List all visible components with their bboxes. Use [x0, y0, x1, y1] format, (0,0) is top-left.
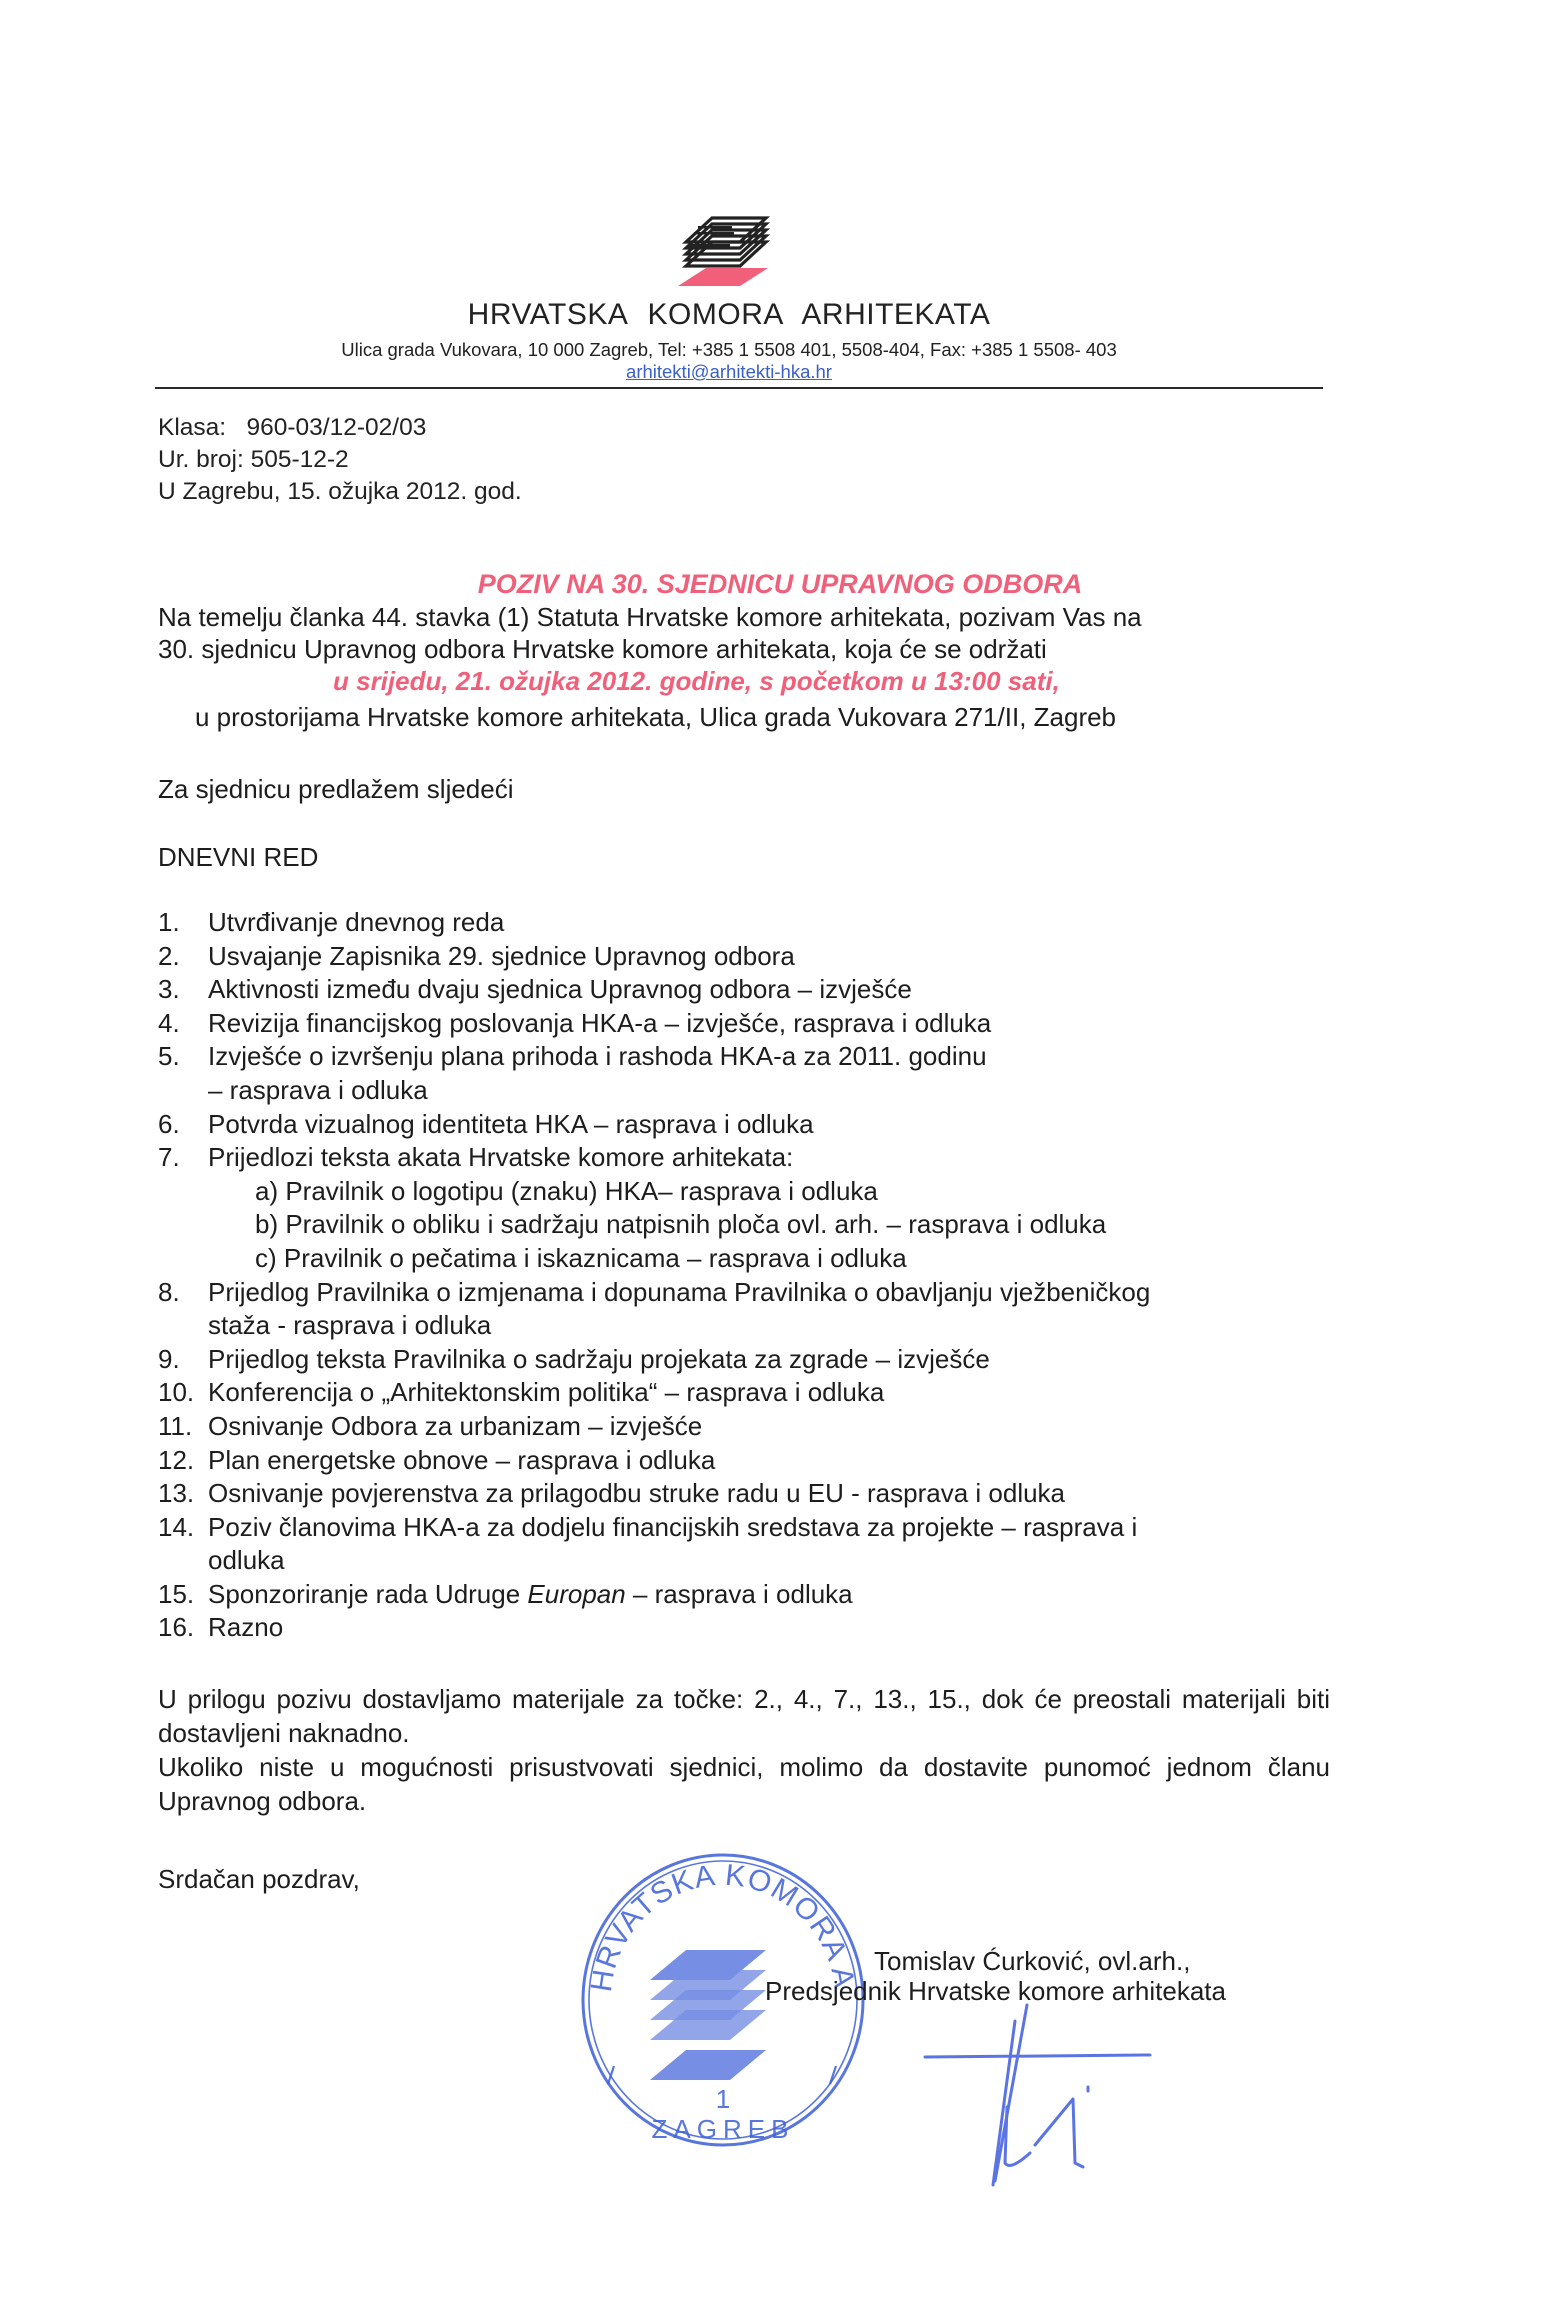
agenda-sub-item-text: c) Pravilnik o pečatima i iskaznicama – … [255, 1242, 907, 1276]
agenda-item-text: Sponzoriranje rada Udruge Europan – rasp… [208, 1578, 853, 1612]
agenda-item-text: Prijedlog teksta Pravilnika o sadržaju p… [208, 1343, 990, 1377]
agenda-item-text: Izvješće o izvršenju plana prihoda i ras… [208, 1040, 987, 1074]
agenda-item-continuation-text: – rasprava i odluka [208, 1074, 428, 1108]
agenda-item: 13.Osnivanje povjerenstva za prilagodbu … [158, 1477, 1358, 1511]
urbroj-label: Ur. broj: [158, 446, 244, 473]
urbroj-line: Ur. broj: 505-12-2 [158, 446, 349, 474]
agenda-item-continuation: – rasprava i odluka [158, 1074, 1358, 1108]
meeting-location: u prostorijama Hrvatske komore arhitekat… [195, 702, 1116, 733]
organization-address: Ulica grada Vukovara, 10 000 Zagreb, Tel… [0, 339, 1458, 361]
agenda-item-text-part: – rasprava i odluka [626, 1579, 853, 1609]
agenda-item-text: Konferencija o „Arhitektonskim politika“… [208, 1376, 884, 1410]
agenda-sub-item-text: a) Pravilnik o logotipu (znaku) HKA– ras… [255, 1175, 878, 1209]
document-title: POZIV NA 30. SJEDNICU UPRAVNOG ODBORA [0, 569, 1560, 600]
agenda-heading: DNEVNI RED [158, 842, 318, 873]
agenda-item-number: 3. [158, 973, 180, 1007]
proxy-paragraph: Ukoliko niste u mogućnosti prisustvovati… [158, 1750, 1330, 1818]
intro-line-1: Na temelju članka 44. stavka (1) Statuta… [158, 602, 1142, 633]
klasa-label: Klasa: [158, 414, 226, 441]
agenda-item-text: Prijedlozi teksta akata Hrvatske komore … [208, 1141, 793, 1175]
agenda-item-continuation-text: staža - rasprava i odluka [208, 1309, 491, 1343]
agenda-item-number: 11. [158, 1410, 192, 1444]
agenda-item-number: 10. [158, 1376, 194, 1410]
agenda-item-number: 6. [158, 1108, 180, 1142]
agenda-sub-item-text: b) Pravilnik o obliku i sadržaju natpisn… [255, 1208, 1106, 1242]
agenda-item: 5.Izvješće o izvršenju plana prihoda i r… [158, 1040, 1358, 1074]
agenda-item-number: 8. [158, 1276, 180, 1310]
agenda-item-italic-term: Europan [527, 1579, 625, 1609]
organization-email-link[interactable]: arhitekti@arhitekti-hka.hr [0, 361, 1458, 383]
agenda-item: 3.Aktivnosti između dvaju sjednica Uprav… [158, 973, 1358, 1007]
agenda-item: 1.Utvrđivanje dnevnog reda [158, 906, 1358, 940]
organization-name: HRVATSKA KOMORA ARHITEKATA [0, 298, 1458, 332]
agenda-item-text: Aktivnosti između dvaju sjednica Upravno… [208, 973, 912, 1007]
agenda-item-text: Potvrda vizualnog identiteta HKA – raspr… [208, 1108, 814, 1142]
agenda-item-text: Revizija financijskog poslovanja HKA-a –… [208, 1007, 991, 1041]
agenda-item-continuation-text: odluka [208, 1544, 285, 1578]
agenda-item-number: 4. [158, 1007, 180, 1041]
agenda-item-text: Plan energetske obnove – rasprava i odlu… [208, 1444, 715, 1478]
agenda-item: 6.Potvrda vizualnog identiteta HKA – ras… [158, 1108, 1358, 1142]
agenda-item-text: Usvajanje Zapisnika 29. sjednice Upravno… [208, 940, 795, 974]
agenda-item-text: Poziv članovima HKA-a za dodjelu financi… [208, 1511, 1137, 1545]
agenda-item-number: 13. [158, 1477, 194, 1511]
meeting-datetime: u srijedu, 21. ožujka 2012. godine, s po… [333, 666, 1060, 697]
agenda-sub-item: a) Pravilnik o logotipu (znaku) HKA– ras… [158, 1175, 1358, 1209]
agenda-item-text: Razno [208, 1611, 283, 1645]
agenda-item-text-part: Sponzoriranje rada Udruge [208, 1579, 527, 1609]
place-date: U Zagrebu, 15. ožujka 2012. god. [158, 478, 522, 506]
agenda-item-number: 14. [158, 1511, 194, 1545]
agenda-item: 9.Prijedlog teksta Pravilnika o sadržaju… [158, 1343, 1358, 1377]
agenda-item-number: 15. [158, 1578, 194, 1612]
agenda-item-number: 5. [158, 1040, 180, 1074]
agenda-item-number: 7. [158, 1141, 180, 1175]
agenda-item: 15.Sponzoriranje rada Udruge Europan – r… [158, 1578, 1358, 1612]
signer-name: Tomislav Ćurković, ovl.arh., [874, 1946, 1190, 1977]
agenda-item-number: 1. [158, 906, 180, 940]
stamp-number: 1 [716, 2084, 730, 2114]
stacked-floors-logo-icon [668, 208, 778, 292]
stamp-city: ZAGREB [652, 2114, 795, 2144]
agenda-item: 16.Razno [158, 1611, 1358, 1645]
greeting: Srdačan pozdrav, [158, 1864, 360, 1895]
intro-line-2: 30. sjednicu Upravnog odbora Hrvatske ko… [158, 634, 1047, 665]
agenda-item: 14.Poziv članovima HKA-a za dodjelu fina… [158, 1511, 1358, 1545]
agenda-item: 2.Usvajanje Zapisnika 29. sjednice Uprav… [158, 940, 1358, 974]
klasa-value: 960-03/12-02/03 [247, 414, 427, 441]
letterhead-divider [155, 387, 1323, 389]
agenda-sub-item: b) Pravilnik o obliku i sadržaju natpisn… [158, 1208, 1358, 1242]
agenda-item-number: 12. [158, 1444, 194, 1478]
agenda-item-continuation: odluka [158, 1544, 1358, 1578]
agenda-item: 10.Konferencija o „Arhitektonskim politi… [158, 1376, 1358, 1410]
agenda-item-number: 16. [158, 1611, 194, 1645]
agenda-item: 12.Plan energetske obnove – rasprava i o… [158, 1444, 1358, 1478]
proposal-line: Za sjednicu predlažem sljedeći [158, 774, 514, 805]
agenda-item-text: Utvrđivanje dnevnog reda [208, 906, 504, 940]
agenda-item: 7.Prijedlozi teksta akata Hrvatske komor… [158, 1141, 1358, 1175]
agenda-list: 1.Utvrđivanje dnevnog reda2.Usvajanje Za… [158, 906, 1358, 1645]
handwritten-signature [915, 1995, 1175, 2195]
agenda-item-text: Prijedlog Pravilnika o izmjenama i dopun… [208, 1276, 1150, 1310]
urbroj-value: 505-12-2 [251, 446, 349, 473]
agenda-item: 4.Revizija financijskog poslovanja HKA-a… [158, 1007, 1358, 1041]
agenda-item-number: 2. [158, 940, 180, 974]
attachments-paragraph: U prilogu pozivu dostavljamo materijale … [158, 1682, 1330, 1750]
agenda-item-text: Osnivanje povjerenstva za prilagodbu str… [208, 1477, 1065, 1511]
agenda-item: 8.Prijedlog Pravilnika o izmjenama i dop… [158, 1276, 1358, 1310]
agenda-sub-item: c) Pravilnik o pečatima i iskaznicama – … [158, 1242, 1358, 1276]
agenda-item: 11.Osnivanje Odbora za urbanizam – izvje… [158, 1410, 1358, 1444]
agenda-item-continuation: staža - rasprava i odluka [158, 1309, 1358, 1343]
klasa-line: Klasa: 960-03/12-02/03 [158, 414, 426, 442]
agenda-item-text: Osnivanje Odbora za urbanizam – izvješće [208, 1410, 702, 1444]
agenda-item-number: 9. [158, 1343, 180, 1377]
